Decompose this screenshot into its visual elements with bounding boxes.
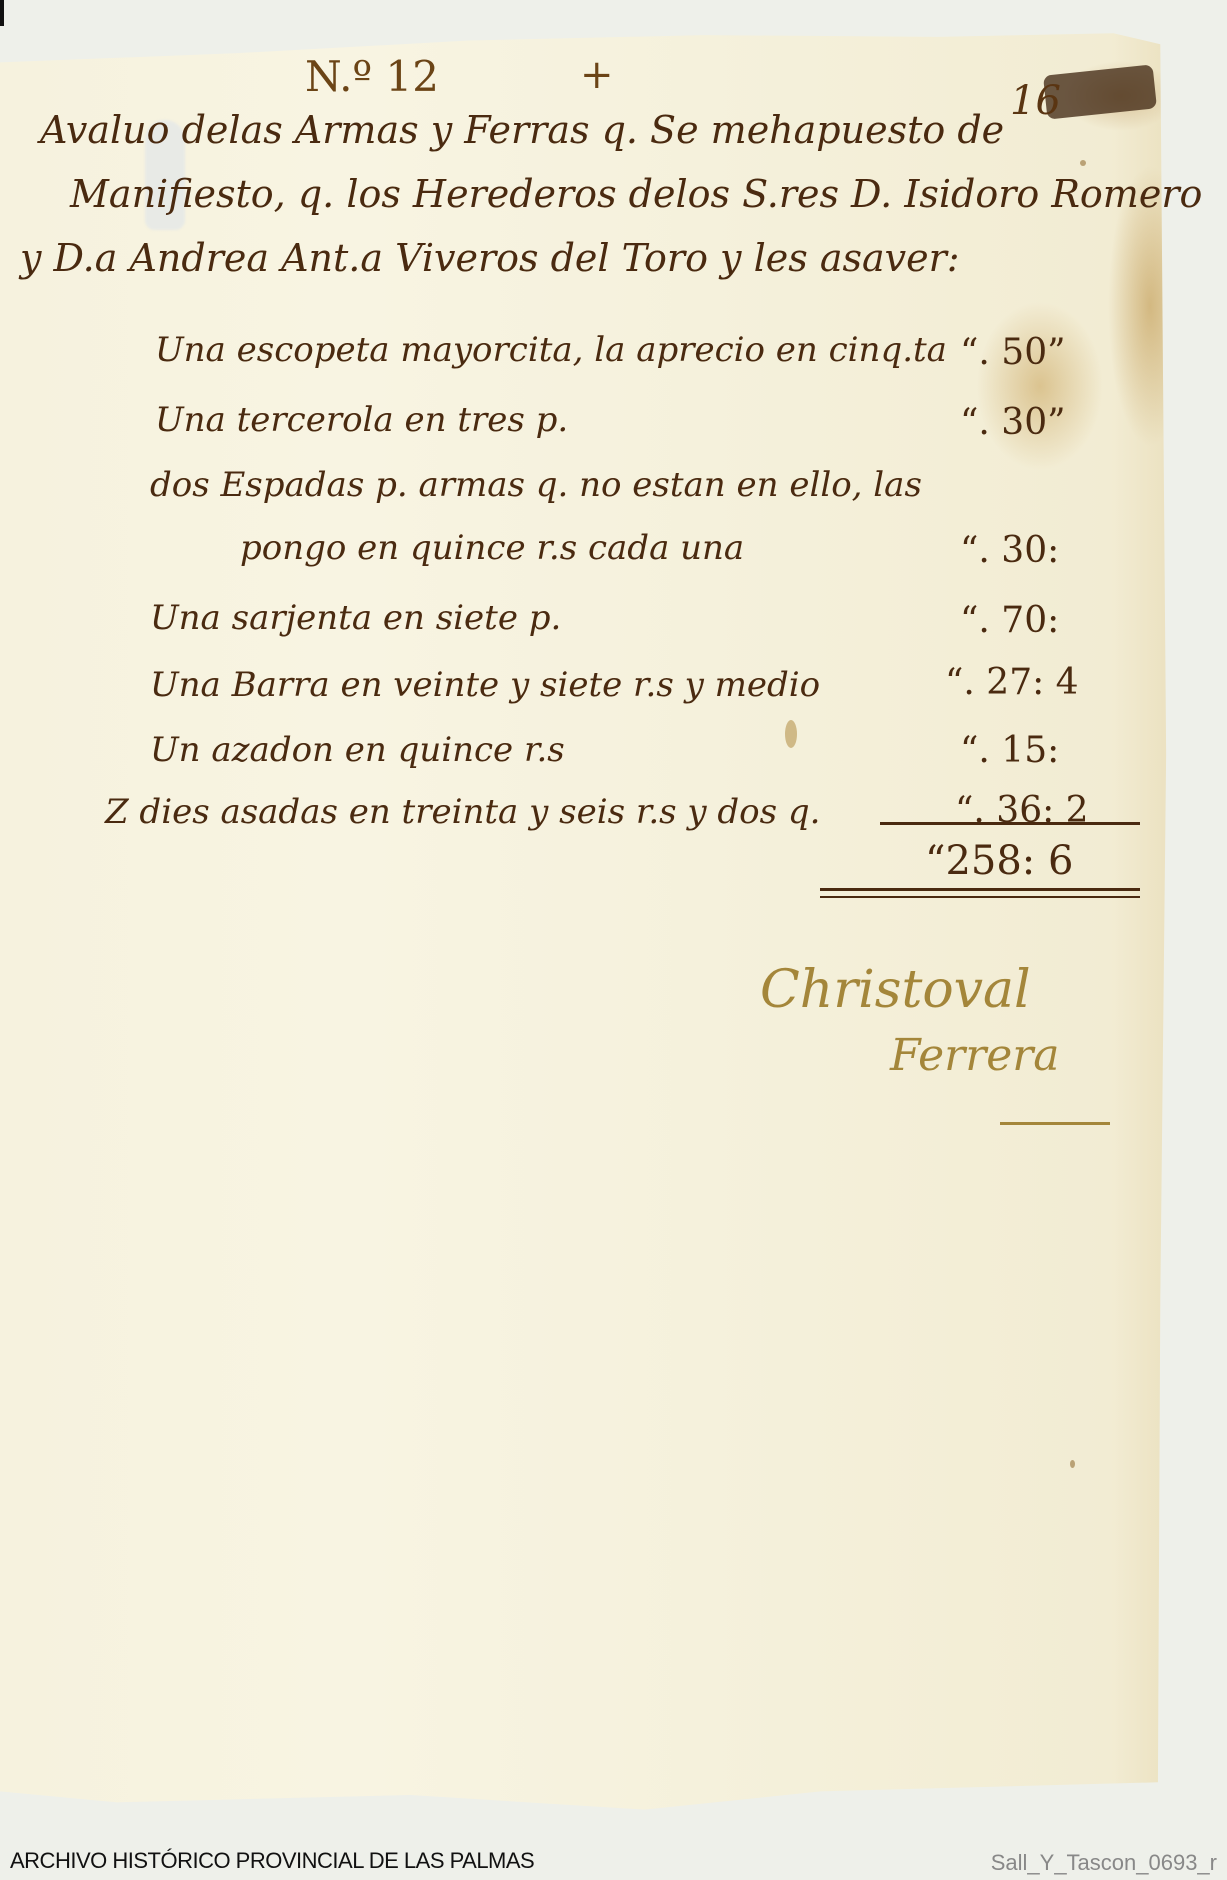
signature-surname: Ferrera [890,1030,1060,1081]
item-3-description: dos Espadas p. armas q. no estan en ello… [150,465,922,505]
ink-stain [785,720,797,748]
item-6-description: Un azadon en quince r.s [150,730,565,770]
item-5-description: Una Barra en veinte y siete r.s y medio [150,665,820,705]
total-rule-2 [820,896,1140,898]
cross-mark: + [580,52,614,98]
folio-number: 16 [1010,78,1061,124]
sum-rule [880,822,1140,825]
signature-flourish [1000,1122,1110,1125]
document-number: N.º 12 [305,52,439,101]
item-5-amount: “. 27: 4 [945,662,1079,703]
total-amount: “258: 6 [925,838,1073,884]
intro-line-3: y D.a Andrea Ant.a Viveros del Toro y le… [20,226,960,290]
intro-line-2: Manifiesto, q. los Herederos delos S.res… [70,162,1202,226]
ink-spot [1070,1460,1075,1468]
document-reference: Sall_Y_Tascon_0693_r [991,1850,1217,1876]
item-7-description: Z dies asadas en treinta y seis r.s y do… [105,792,820,832]
item-6-amount: “. 15: [960,730,1059,771]
manuscript-page [0,26,1172,1846]
item-4-description: Una sarjenta en siete p. [150,598,561,638]
item-4-amount: “. 70: [960,600,1059,641]
total-rule-1 [820,888,1140,891]
intro-line-1: Avaluo delas Armas y Ferras q. Se mehapu… [40,98,1004,162]
archive-name: ARCHIVO HISTÓRICO PROVINCIAL DE LAS PALM… [10,1848,534,1874]
item-3-continuation: pongo en quince r.s cada una [240,528,744,568]
signature-first-name: Christoval [760,960,1031,1020]
item-1-description: Una escopeta mayorcita, la aprecio en ci… [155,330,947,370]
item-2-amount: “. 30” [960,402,1066,443]
item-2-description: Una tercerola en tres p. [155,400,568,440]
item-3-amount: “. 30: [960,530,1059,571]
item-1-amount: “. 50” [960,332,1066,373]
scan-edge-mark [0,0,4,26]
